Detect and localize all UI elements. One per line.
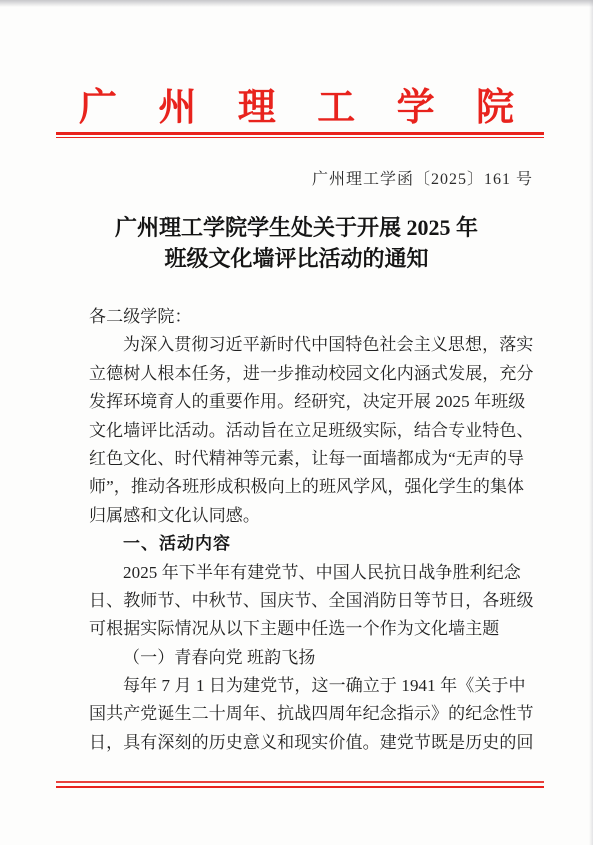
body-line: 国共产党诞生二十周年、抗战四周年纪念指示》的纪念性节 [89, 700, 533, 728]
body-line: 每年 7 月 1 日为建党节，这一确立于 1941 年《关于中 [89, 672, 533, 700]
body-line: 红色文化、时代精神等元素，让每一面墙都成为“无声的导 [89, 445, 533, 473]
body-salutation: 各二级学院： [89, 303, 533, 331]
scan-edge-shadow-top [0, 0, 593, 7]
section-heading-activity-content: 一、活动内容 [89, 530, 533, 558]
body-line: 为深入贯彻习近平新时代中国特色社会主义思想，落实 [89, 331, 533, 359]
body-line: 发挥环境育人的重要作用。经研究，决定开展 2025 年班级 [89, 388, 533, 416]
scanned-official-notice-page: 广 州 理 工 学 院 广州理工学函〔2025〕161 号 广州理工学院学生处关… [0, 0, 593, 845]
body-line: 归属感和文化认同感。 [89, 502, 533, 530]
notice-title: 广州理工学院学生处关于开展 2025 年 班级文化墙评比活动的通知 [0, 212, 593, 274]
notice-title-line1: 广州理工学院学生处关于开展 2025 年 [0, 212, 593, 243]
document-reference-number: 广州理工学函〔2025〕161 号 [312, 166, 533, 189]
notice-title-line2: 班级文化墙评比活动的通知 [0, 243, 593, 274]
subsection-heading-theme-1: （一）青春向党 班韵飞扬 [89, 644, 533, 672]
letterhead-school-name: 广 州 理 工 学 院 [0, 76, 593, 131]
body-line: 文化墙评比活动。活动旨在立足班级实际，结合专业特色、 [89, 417, 533, 445]
notice-body: 各二级学院： 为深入贯彻习近平新时代中国特色社会主义思想，落实 立德树人根本任务… [89, 303, 533, 757]
letterhead-double-rule [56, 132, 544, 138]
body-line: 日、教师节、中秋节、国庆节、全国消防日等节日，各班级 [89, 587, 533, 615]
body-line: 2025 年下半年有建党节、中国人民抗日战争胜利纪念 [89, 559, 533, 587]
footer-rule-thick [56, 786, 544, 789]
body-line: 立德树人根本任务，进一步推动校园文化内涵式发展，充分 [89, 360, 533, 388]
body-line: 日，具有深刻的历史意义和现实价值。建党节既是历史的回 [89, 729, 533, 757]
body-line: 可根据实际情况从以下主题中任选一个作为文化墙主题 [89, 615, 533, 643]
letterhead-rule-thin [56, 137, 544, 138]
footer-double-rule [56, 781, 544, 788]
body-line: 师”，推动各班形成积极向上的班风学风，强化学生的集体 [89, 473, 533, 501]
